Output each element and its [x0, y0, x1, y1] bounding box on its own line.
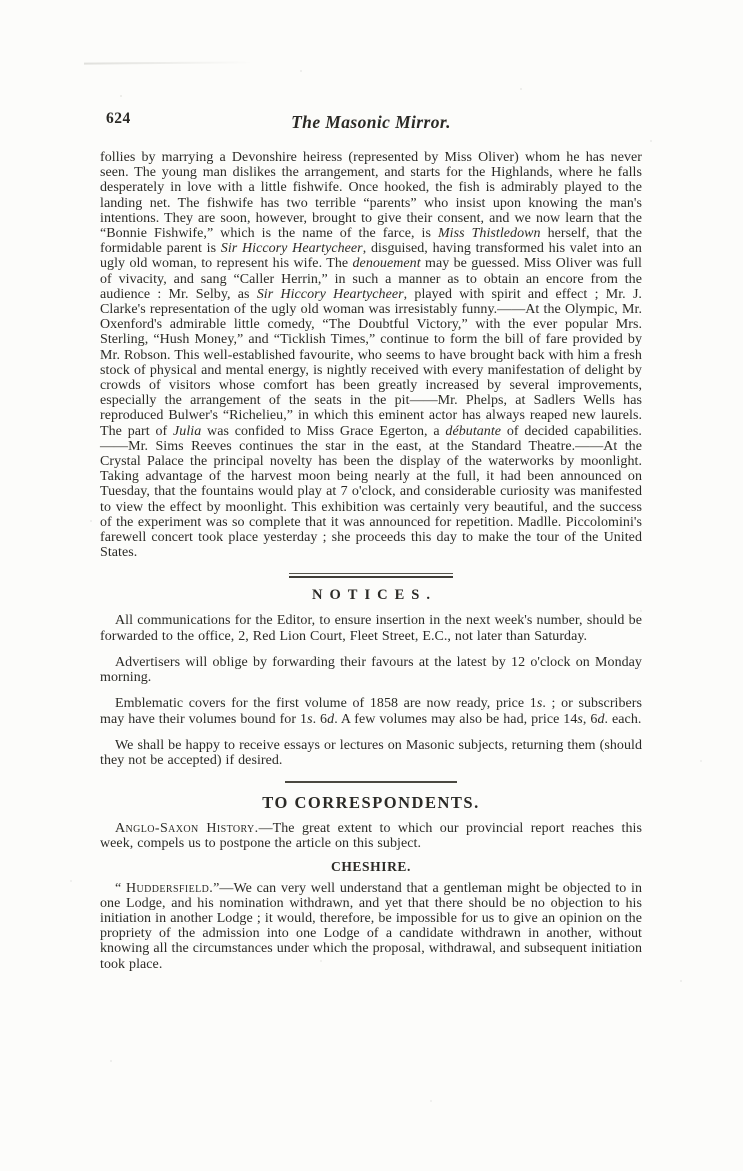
- correspondents-section: TO CORRESPONDENTS. Anglo-Saxon History.—…: [100, 793, 642, 972]
- page-header: 624 The Masonic Mirror.: [100, 0, 642, 133]
- anglo-saxon-history-paragraph: Anglo-Saxon History.—The great extent to…: [100, 821, 642, 851]
- huddersfield-paragraph: “ Huddersfield.”—We can very well unders…: [100, 881, 642, 972]
- scanned-page: 624 The Masonic Mirror. follies by marry…: [100, 0, 642, 972]
- journal-title: The Masonic Mirror.: [100, 112, 642, 133]
- notices-divider-double-rule: [289, 573, 453, 578]
- notices-section: NOTICES. All communications for the Edit…: [100, 587, 642, 768]
- notice-paragraph-essays: We shall be happy to receive essays or l…: [100, 738, 642, 768]
- notices-heading: NOTICES.: [100, 587, 642, 604]
- theatre-review-article: follies by marrying a Devonshire heiress…: [100, 150, 642, 560]
- notice-paragraph-editor: All communications for the Editor, to en…: [100, 613, 642, 643]
- notice-paragraph-covers: Emblematic covers for the first volume o…: [100, 696, 642, 726]
- page-number: 624: [106, 110, 131, 128]
- article-paragraph: follies by marrying a Devonshire heiress…: [100, 150, 642, 560]
- correspondents-heading: TO CORRESPONDENTS.: [100, 793, 642, 813]
- notice-paragraph-advertisers: Advertisers will oblige by forwarding th…: [100, 655, 642, 685]
- correspondents-divider-rule: [285, 781, 457, 783]
- cheshire-heading: CHESHIRE.: [100, 859, 642, 875]
